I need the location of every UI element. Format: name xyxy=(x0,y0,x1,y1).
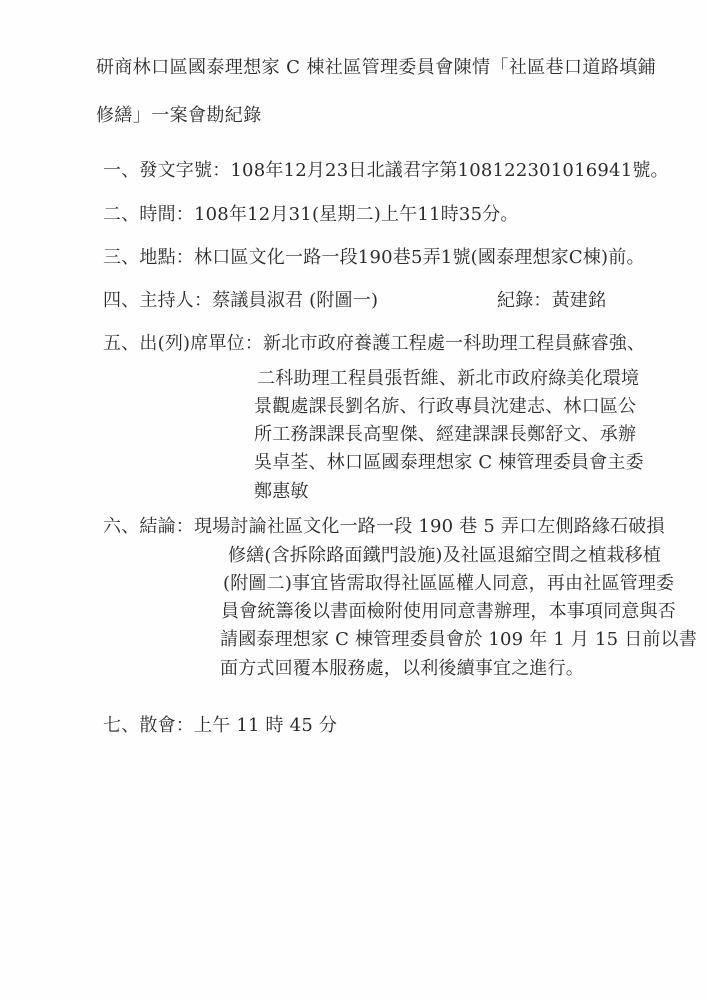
item-6-conclusion-line-2: 修繕(含拆除路面鐵門設施)及社區退縮空間之植栽移植 xyxy=(228,544,661,568)
item-6-conclusion-line-1: 六、結論：現場討論社區文化一路一段 190 巷 5 弄口左側路緣石破損 xyxy=(103,515,665,539)
item-4-chairperson: 四、主持人：蔡議員淑君 (附圖一) xyxy=(103,289,378,313)
item-2-time: 二、時間：108年12月31(星期二)上午11時35分。 xyxy=(103,203,519,227)
item-5-attending-units-line-5: 吳卓荃、林口區國泰理想家 C 棟管理委員會主委 xyxy=(254,451,644,475)
item-5-attending-units-line-3: 景觀處課長劉名旂、行政專員沈建志、林口區公 xyxy=(254,395,636,419)
item-5-attending-units-line-1: 五、出(列)席單位：新北市政府養護工程處一科助理工程員蘇睿強、 xyxy=(103,332,645,356)
document-title-line-1: 研商林口區國泰理想家 C 棟社區管理委員會陳情「社區巷口道路填鋪 xyxy=(96,56,656,80)
item-5-attending-units-line-4: 所工務課課長高聖傑、經建課課長鄭舒文、承辦 xyxy=(254,423,636,447)
item-5-attending-units-line-2: 二科助理工程員張哲維、新北市政府綠美化環境 xyxy=(257,367,639,391)
item-6-conclusion-line-5: 請國泰理想家 C 棟管理委員會於 109 年 1 月 15 日前以書 xyxy=(220,628,697,652)
item-1-issue-number: 一、發文字號：108年12月23日北議君字第108122301016941號。 xyxy=(103,159,669,183)
item-3-location: 三、地點：林口區文化一路一段190巷5弄1號(國泰理想家C棟)前。 xyxy=(103,246,645,270)
document-page: 研商林口區國泰理想家 C 棟社區管理委員會陳情「社區巷口道路填鋪 修繕」一案會勘… xyxy=(0,0,707,1000)
item-6-conclusion-line-6: 面方式回覆本服務處，以利後續事宜之進行。 xyxy=(220,657,584,681)
item-7-adjournment: 七、散會：上午 11 時 45 分 xyxy=(103,714,337,738)
document-title-line-2: 修繕」一案會勘紀錄 xyxy=(96,104,262,128)
item-4-recorder: 紀錄：黃建銘 xyxy=(497,289,606,313)
item-6-conclusion-line-4: 員會統籌後以書面檢附使用同意書辦理，本事項同意與否 xyxy=(221,600,676,624)
item-5-attending-units-line-6: 鄭惠敏 xyxy=(254,480,309,504)
item-6-conclusion-line-3: (附圖二)事宜皆需取得社區區權人同意，再由社區管理委 xyxy=(223,572,674,596)
